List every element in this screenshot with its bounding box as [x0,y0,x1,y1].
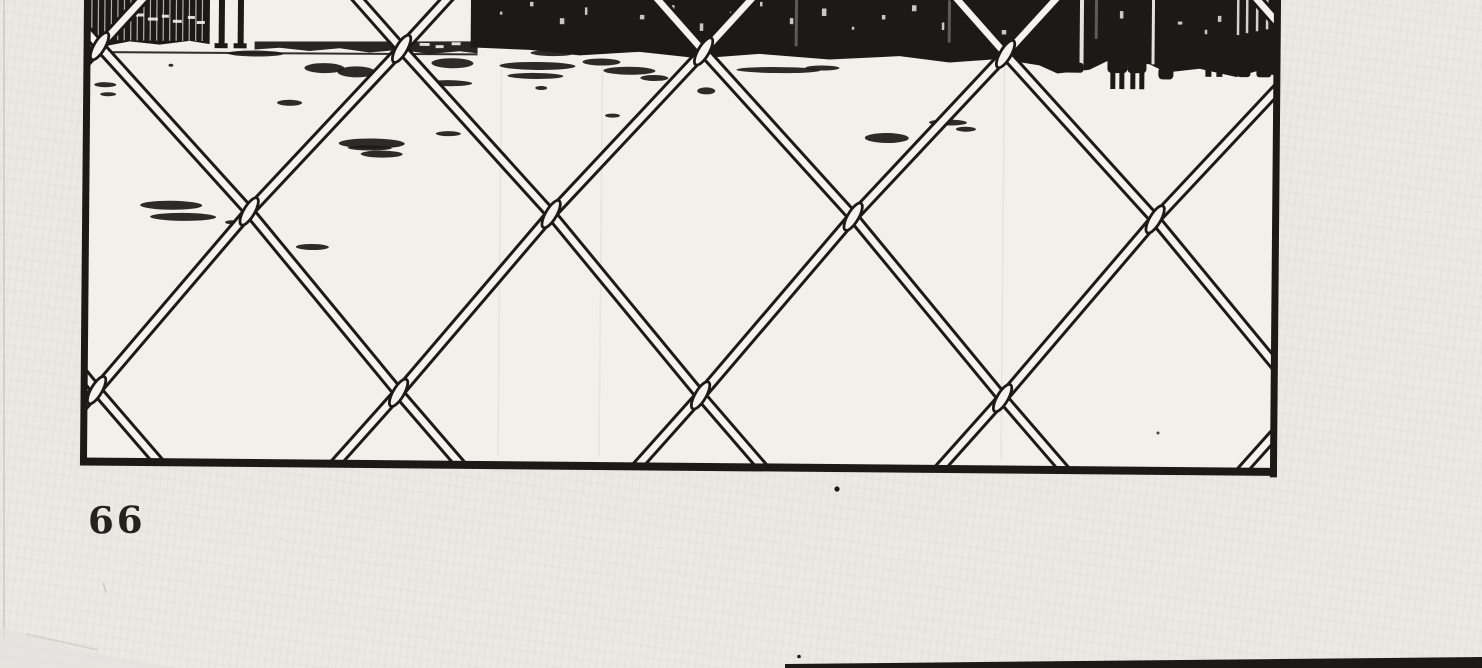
page-number: 66 [88,502,146,540]
scanned-comic-page: 66 [0,0,1482,668]
page-artwork [0,0,1482,668]
comic-panel [0,0,1482,577]
next-panel-edge [785,657,1482,668]
